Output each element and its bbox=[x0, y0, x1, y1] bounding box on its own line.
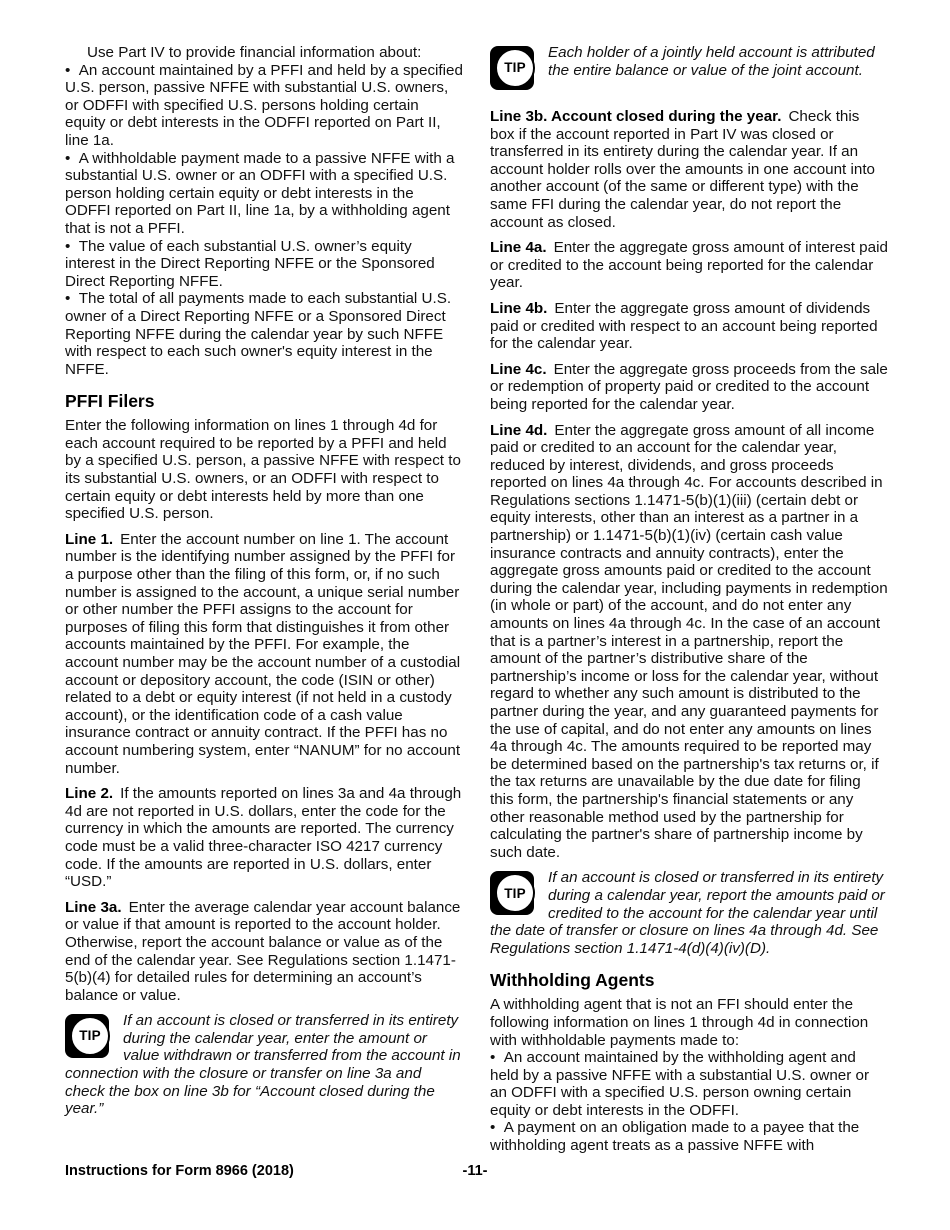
paragraph-text: Enter the aggregate gross amount of inte… bbox=[490, 239, 888, 291]
run-in-label: Line 1. bbox=[65, 531, 113, 548]
run-in-label: Line 4b. bbox=[490, 300, 547, 317]
bullet-item: The total of all payments made to each s… bbox=[65, 290, 463, 378]
bullet-item: A withholdable payment made to a passive… bbox=[65, 150, 463, 238]
paragraph-line-4d: Line 4d.Enter the aggregate gross amount… bbox=[490, 422, 888, 862]
paragraph-text: Check this box if the account reported i… bbox=[490, 108, 875, 231]
tip-icon: TIP bbox=[490, 871, 539, 917]
run-in-label: Line 3b. Account closed during the year. bbox=[490, 108, 781, 125]
footer-page-number: -11- bbox=[0, 1163, 950, 1179]
tip-text: If an account is closed or transferred i… bbox=[65, 1012, 461, 1117]
section-heading-pffi-filers: PFFI Filers bbox=[65, 391, 463, 411]
tip-icon: TIP bbox=[65, 1014, 114, 1060]
paragraph-text: Enter the average calendar year account … bbox=[65, 899, 460, 1004]
paragraph-text: Enter the aggregate gross amount of divi… bbox=[490, 300, 878, 352]
bullet-item: An account maintained by the withholding… bbox=[490, 1049, 888, 1119]
tip-note: TIP If an account is closed or transferr… bbox=[490, 869, 888, 957]
tip-note: TIP Each holder of a jointly held accoun… bbox=[490, 44, 888, 94]
tip-icon-circle: TIP bbox=[495, 48, 535, 88]
paragraph-text: Enter the account number on line 1. The … bbox=[65, 531, 460, 777]
bullet-item: A payment on an obligation made to a pay… bbox=[490, 1119, 888, 1154]
tip-icon-circle: TIP bbox=[70, 1016, 110, 1056]
document-page: Use Part IV to provide financial informa… bbox=[0, 0, 950, 1230]
paragraph-text: Enter the aggregate gross amount of all … bbox=[490, 422, 888, 861]
pffi-intro-paragraph: Enter the following information on lines… bbox=[65, 417, 463, 523]
paragraph-line-4c: Line 4c.Enter the aggregate gross procee… bbox=[490, 361, 888, 414]
run-in-label: Line 2. bbox=[65, 785, 113, 802]
section-heading-withholding-agents: Withholding Agents bbox=[490, 970, 888, 990]
run-in-label: Line 4d. bbox=[490, 422, 547, 439]
intro-paragraph: Use Part IV to provide financial informa… bbox=[65, 44, 463, 62]
paragraph-line-4a: Line 4a.Enter the aggregate gross amount… bbox=[490, 239, 888, 292]
tip-badge-label: TIP bbox=[504, 59, 526, 77]
paragraph-text: Enter the aggregate gross proceeds from … bbox=[490, 361, 888, 413]
tip-icon: TIP bbox=[490, 46, 539, 92]
tip-text: Each holder of a jointly held account is… bbox=[548, 44, 875, 79]
tip-badge-label: TIP bbox=[504, 885, 526, 903]
paragraph-line-3a: Line 3a.Enter the average calendar year … bbox=[65, 899, 463, 1005]
withholding-intro-paragraph: A withholding agent that is not an FFI s… bbox=[490, 996, 888, 1049]
two-column-layout: Use Part IV to provide financial informa… bbox=[0, 0, 950, 1155]
run-in-label: Line 4c. bbox=[490, 361, 547, 378]
tip-note: TIP If an account is closed or transferr… bbox=[65, 1012, 463, 1118]
run-in-label: Line 3a. bbox=[65, 899, 122, 916]
left-column: Use Part IV to provide financial informa… bbox=[65, 44, 463, 1155]
paragraph-text: If the amounts reported on lines 3a and … bbox=[65, 785, 461, 890]
tip-text: If an account is closed or transferred i… bbox=[490, 869, 885, 956]
bullet-item: The value of each substantial U.S. owner… bbox=[65, 238, 463, 291]
paragraph-line-3b: Line 3b. Account closed during the year.… bbox=[490, 108, 888, 231]
run-in-label: Line 4a. bbox=[490, 239, 547, 256]
bullet-item: An account maintained by a PFFI and held… bbox=[65, 62, 463, 150]
tip-badge-label: TIP bbox=[79, 1027, 101, 1045]
paragraph-line-1: Line 1.Enter the account number on line … bbox=[65, 531, 463, 777]
right-column: TIP Each holder of a jointly held accoun… bbox=[490, 44, 888, 1155]
paragraph-line-4b: Line 4b.Enter the aggregate gross amount… bbox=[490, 300, 888, 353]
paragraph-line-2: Line 2.If the amounts reported on lines … bbox=[65, 785, 463, 891]
